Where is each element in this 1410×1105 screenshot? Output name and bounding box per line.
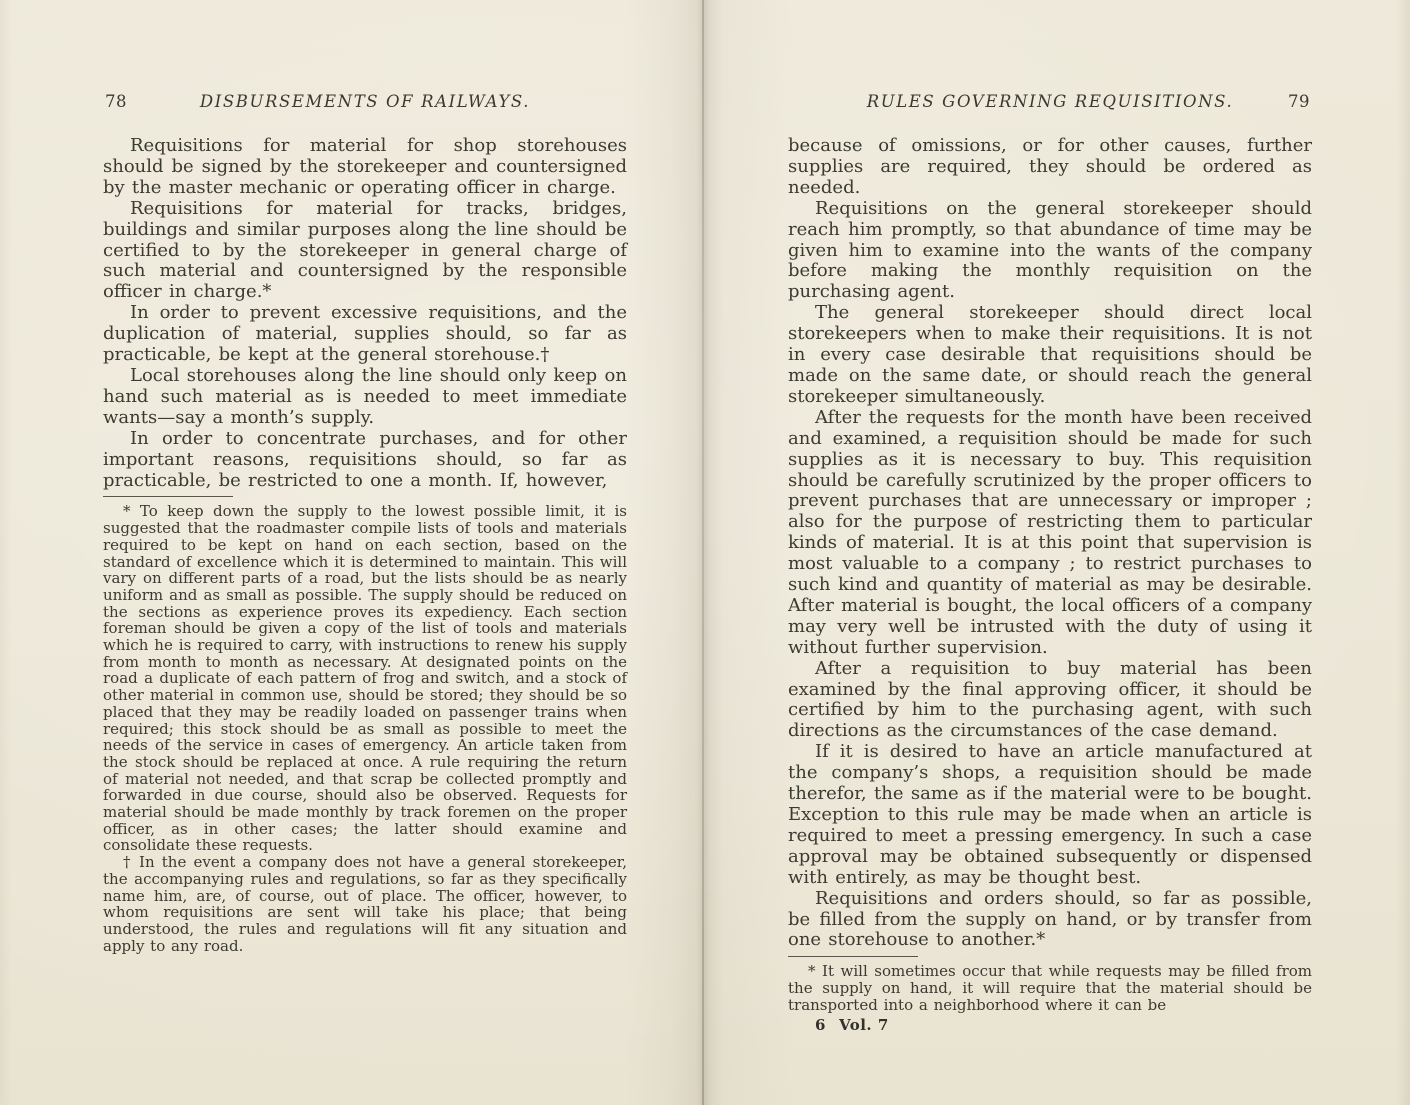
right-running-header: RULES GOVERNING REQUISITIONS. — [788, 92, 1312, 111]
left-page: 78 DISBURSEMENTS OF RAILWAYS. Requisitio… — [103, 92, 627, 954]
paragraph: Requisitions for material for tracks, br… — [103, 199, 627, 304]
footnote-dagger: † In the event a company does not have a… — [103, 854, 627, 954]
paragraph: After the requests for the month have be… — [788, 408, 1312, 659]
left-page-header: 78 DISBURSEMENTS OF RAILWAYS. — [103, 92, 627, 116]
footnote-asterisk: * It will sometimes occur that while req… — [788, 963, 1312, 1013]
right-page-header: RULES GOVERNING REQUISITIONS. 79 — [788, 92, 1312, 116]
right-edge-shadow — [1396, 0, 1410, 1105]
book-scan: 78 DISBURSEMENTS OF RAILWAYS. Requisitio… — [0, 0, 1410, 1105]
paragraph: The general storekeeper should direct lo… — [788, 303, 1312, 408]
left-body-text: Requisitions for material for shop store… — [103, 136, 627, 491]
footnote-asterisk: * To keep down the supply to the lowest … — [103, 503, 627, 854]
right-footnotes: * It will sometimes occur that while req… — [788, 963, 1312, 1013]
signature-volume: Vol. 7 — [839, 1016, 889, 1034]
left-footnotes: * To keep down the supply to the lowest … — [103, 503, 627, 954]
paragraph: If it is desired to have an article manu… — [788, 742, 1312, 888]
page-gutter-shadow — [625, 0, 795, 1105]
paragraph: In order to concentrate purchases, and f… — [103, 429, 627, 492]
paragraph: Requisitions for material for shop store… — [103, 136, 627, 199]
footnote-rule — [788, 956, 918, 957]
left-running-header: DISBURSEMENTS OF RAILWAYS. — [103, 92, 627, 111]
left-edge-shadow — [0, 0, 12, 1105]
paragraph: Requisitions and orders should, so far a… — [788, 889, 1312, 952]
paragraph: In order to prevent excessive requisitio… — [103, 303, 627, 366]
footnote-rule — [103, 496, 233, 497]
right-page: RULES GOVERNING REQUISITIONS. 79 because… — [788, 92, 1312, 1034]
signature-number: 6 — [815, 1016, 826, 1034]
right-body-text: because of omissions, or for other cause… — [788, 136, 1312, 951]
printers-signature: 6 Vol. 7 — [788, 1016, 1312, 1034]
paragraph: After a requisition to buy material has … — [788, 659, 1312, 743]
paragraph: Requisitions on the general storekeeper … — [788, 199, 1312, 304]
paragraph: Local storehouses along the line should … — [103, 366, 627, 429]
left-page-number: 78 — [105, 92, 127, 111]
right-page-number: 79 — [1288, 92, 1310, 111]
paragraph-continuation: because of omissions, or for other cause… — [788, 136, 1312, 199]
